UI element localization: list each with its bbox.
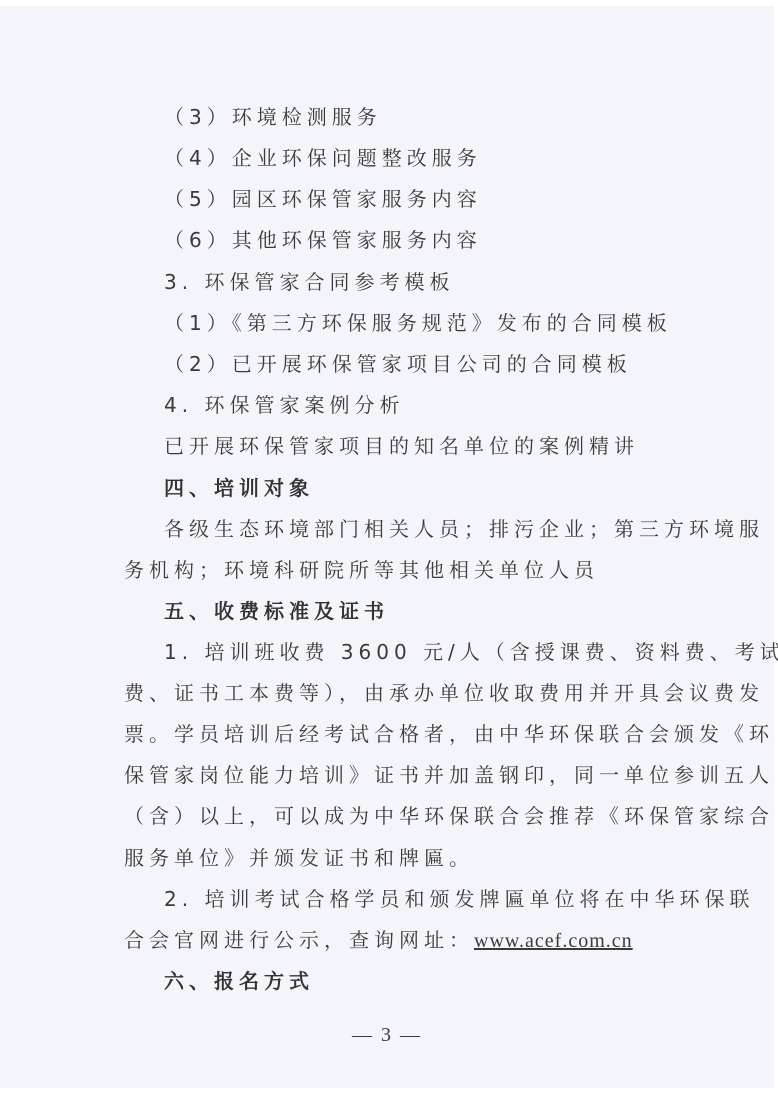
line-text: 四、培训对象 bbox=[164, 476, 314, 500]
list-item-contract-template-company: （2）已开展环保管家项目公司的合同模板 bbox=[164, 349, 632, 379]
paragraph-fee-line-3: 票。学员培训后经考试合格者，由中华环保联合会颁发《环 bbox=[124, 719, 774, 749]
section-contract-templates: 3. 环保管家合同参考模板 bbox=[164, 267, 454, 297]
paragraph-fee-line-2: 费、证书工本费等），由承办单位收取费用并开具会议费发 bbox=[124, 678, 764, 708]
line-text: 4. 环保管家案例分析 bbox=[164, 393, 404, 417]
line-text: 保管家岗位能力培训》证书并加盖钢印，同一单位参训五人 bbox=[124, 763, 774, 787]
document-page: （3）环境检测服务（4）企业环保问题整改服务（5）园区环保管家服务内容（6）其他… bbox=[0, 6, 774, 1088]
paragraph-audience-line-1: 各级生态环境部门相关人员；排污企业；第三方环境服 bbox=[164, 514, 764, 544]
section-case-analysis: 4. 环保管家案例分析 bbox=[164, 390, 404, 420]
list-item-rectification-service: （4）企业环保问题整改服务 bbox=[164, 143, 482, 173]
page-number: — 3 — bbox=[0, 1024, 774, 1047]
list-item-other-service: （6）其他环保管家服务内容 bbox=[164, 225, 482, 255]
case-analysis-description: 已开展环保管家项目的知名单位的案例精讲 bbox=[164, 431, 639, 461]
heading-fees-certificates: 五、收费标准及证书 bbox=[164, 596, 389, 626]
line-text: 服务单位》并颁发证书和牌匾。 bbox=[124, 846, 474, 870]
paragraph-publication-line-2: 合会官网进行公示，查询网址：www.acef.com.cn bbox=[124, 925, 633, 955]
list-item-environment-monitoring: （3）环境检测服务 bbox=[164, 102, 382, 132]
paragraph-publication-line-1: 2. 培训考试合格学员和颁发牌匾单位将在中华环保联 bbox=[164, 884, 754, 914]
line-text: 票。学员培训后经考试合格者，由中华环保联合会颁发《环 bbox=[124, 722, 774, 746]
line-text: 合会官网进行公示，查询网址： bbox=[124, 928, 474, 952]
line-text: 2. 培训考试合格学员和颁发牌匾单位将在中华环保联 bbox=[164, 887, 754, 911]
line-text: 五、收费标准及证书 bbox=[164, 599, 389, 623]
heading-registration: 六、报名方式 bbox=[164, 966, 314, 996]
line-text: （3）环境检测服务 bbox=[164, 105, 382, 129]
line-text: 1. 培训班收费 3600 元/人（含授课费、资料费、考试 bbox=[164, 640, 778, 664]
line-text: 3. 环保管家合同参考模板 bbox=[164, 270, 454, 294]
line-text: （含）以上，可以成为中华环保联合会推荐《环保管家综合 bbox=[124, 804, 774, 828]
line-text: （4）企业环保问题整改服务 bbox=[164, 146, 482, 170]
heading-training-audience: 四、培训对象 bbox=[164, 473, 314, 503]
line-text: 已开展环保管家项目的知名单位的案例精讲 bbox=[164, 434, 639, 458]
website-link[interactable]: www.acef.com.cn bbox=[474, 930, 633, 952]
paragraph-fee-line-6: 服务单位》并颁发证书和牌匾。 bbox=[124, 843, 474, 873]
line-text: 务机构；环境科研院所等其他相关单位人员 bbox=[124, 558, 599, 582]
line-text: 各级生态环境部门相关人员；排污企业；第三方环境服 bbox=[164, 517, 764, 541]
paragraph-fee-line-4: 保管家岗位能力培训》证书并加盖钢印，同一单位参训五人 bbox=[124, 760, 774, 790]
paragraph-audience-line-2: 务机构；环境科研院所等其他相关单位人员 bbox=[124, 555, 599, 585]
line-text: （1）《第三方环保服务规范》发布的合同模板 bbox=[164, 311, 672, 335]
list-item-park-service: （5）园区环保管家服务内容 bbox=[164, 184, 482, 214]
line-text: （2）已开展环保管家项目公司的合同模板 bbox=[164, 352, 632, 376]
line-text: 费、证书工本费等），由承办单位收取费用并开具会议费发 bbox=[124, 681, 764, 705]
list-item-contract-template-standard: （1）《第三方环保服务规范》发布的合同模板 bbox=[164, 308, 672, 338]
line-text: （6）其他环保管家服务内容 bbox=[164, 228, 482, 252]
paragraph-fee-line-5: （含）以上，可以成为中华环保联合会推荐《环保管家综合 bbox=[124, 801, 774, 831]
paragraph-fee-line-1: 1. 培训班收费 3600 元/人（含授课费、资料费、考试 bbox=[164, 637, 778, 667]
line-text: （5）园区环保管家服务内容 bbox=[164, 187, 482, 211]
line-text: 六、报名方式 bbox=[164, 969, 314, 993]
